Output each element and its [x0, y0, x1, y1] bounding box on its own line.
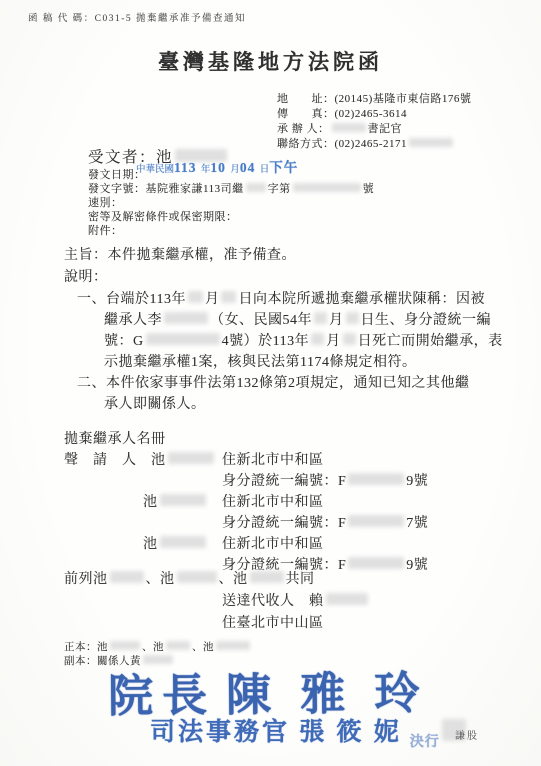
redaction: [348, 557, 404, 569]
text-segment: 9號: [406, 558, 428, 573]
applicant-id-row-1: 身分證統一編號：F9號: [222, 470, 428, 490]
text-segment: 日向本院所遞拋棄繼承權狀陳稱：因被: [238, 292, 485, 307]
explanation-item-1-line-3: 號：G4號）於113年月日死亡而開始繼承，表: [104, 330, 503, 350]
redaction: [160, 536, 206, 548]
text-segment: 10: [210, 160, 230, 175]
explanation-item-2-line-2: 承人即關係人。: [104, 393, 206, 413]
text-segment: 、池: [192, 642, 214, 653]
text-segment: 113: [174, 160, 201, 175]
text-segment: 繼承人李: [104, 313, 162, 328]
agent-address-line: 住臺北市中山區: [222, 612, 324, 632]
text-segment: 日死亡而開始繼承，表: [358, 334, 503, 349]
redaction: [110, 641, 140, 650]
text-segment: 示拋棄繼承權1案，核與民法第1174條規定相符。: [104, 355, 416, 370]
service-agent-line: 送達代收人 賴: [222, 590, 370, 610]
document-page: 函 稿 代 碼：C031-5 拋棄繼承准予備查通知 臺灣基隆地方法院函 地 址：…: [0, 0, 541, 766]
text-segment: 月: [205, 292, 220, 307]
text-segment: 日: [260, 165, 270, 175]
contact-line: 聯絡方式：(02)2465-2171: [277, 135, 455, 151]
redaction: [348, 473, 404, 485]
explanation-item-1-line-4: 示拋棄繼承權1案，核與民法第1174條規定相符。: [104, 351, 416, 371]
redaction: [293, 183, 361, 192]
text-segment: 承人即關係人。: [104, 397, 206, 412]
redaction: [188, 291, 203, 303]
text-segment: 號：G: [104, 334, 144, 349]
text-segment: 月: [230, 165, 240, 175]
text-segment: 4號）於113年: [222, 334, 309, 349]
date-stamp: 中華民國113 年10 月04 日下午: [136, 156, 298, 177]
text-segment: 月: [329, 313, 344, 328]
text-segment: 下午: [269, 160, 298, 175]
text-segment: 承 辦 人：: [277, 123, 330, 135]
text-segment: 身分證統一編號：F: [222, 516, 346, 531]
doc-number-line: 發文字號：基院雅家謙113司繼字第號: [88, 180, 374, 196]
text-segment: 池: [143, 537, 158, 552]
text-segment: 、池: [219, 572, 248, 587]
court-address: 地 址：(20145)基隆市東信路176號: [277, 90, 471, 106]
text-segment: 日生、身分證統一編: [361, 313, 492, 328]
applicant-address-3: 住新北市中和區: [222, 533, 324, 553]
redaction: [314, 312, 327, 324]
text-segment: 聯絡方式：(02)2465-2171: [277, 138, 407, 150]
original-copy-line: 正本：池、池、池: [64, 639, 252, 654]
court-fax: 傳 真：(02)2465-3614: [277, 105, 407, 121]
explanation-item-2-line-1: 二、本件依家事事件法第132條第2項規定，通知已知之其他繼: [77, 372, 470, 392]
text-segment: 中華民國: [136, 165, 174, 175]
redaction: [346, 312, 359, 324]
text-segment: 9號: [406, 474, 428, 489]
text-segment: 前列池: [64, 572, 108, 587]
applicant-address-2: 住新北市中和區: [222, 491, 324, 511]
text-segment: 送達代收人 賴: [222, 594, 324, 609]
text-segment: 月: [326, 334, 341, 349]
applicant-id-row-2: 身分證統一編號：F7號: [222, 512, 428, 532]
text-segment: 書記官: [368, 123, 403, 135]
redaction: [160, 494, 206, 506]
applicant-name-row-1: 聲 請 人 池: [64, 449, 216, 469]
text-segment: 身分證統一編號：F: [222, 474, 346, 489]
redaction: [332, 123, 366, 132]
redaction: [146, 333, 220, 345]
redaction: [168, 452, 214, 464]
redaction: [311, 333, 324, 345]
redaction: [110, 571, 144, 583]
document-title: 臺灣基隆地方法院函: [0, 46, 541, 76]
text-segment: 司法事務官 張 筱 妮: [150, 719, 402, 746]
redaction: [246, 183, 266, 192]
text-segment: 、池: [142, 642, 164, 653]
redaction: [216, 641, 250, 650]
text-segment: 池: [143, 495, 158, 510]
applicant-name-row-2: 池: [143, 491, 208, 511]
explanation-item-1-line-1: 一、台端於113年月日向本院所遞拋棄繼承權狀陳稱：因被: [77, 288, 485, 308]
roster-title: 拋棄繼承人名冊: [64, 428, 166, 448]
redaction: [221, 291, 236, 303]
text-segment: 正本：池: [64, 642, 108, 653]
text-segment: 、池: [146, 572, 175, 587]
text-segment: 二、本件依家事事件法第132條第2項規定，通知已知之其他繼: [77, 376, 470, 391]
applicant-name-row-3: 池: [143, 533, 208, 553]
text-segment: 一、台端於113年: [77, 292, 186, 307]
redaction: [250, 571, 284, 583]
case-officer-line: 承 辦 人：書記官: [277, 120, 402, 136]
text-segment: 決行: [410, 735, 440, 750]
text-segment: 號: [363, 183, 375, 195]
text-segment: 7號: [406, 516, 428, 531]
code-line: 函 稿 代 碼：C031-5 拋棄繼承准予備查通知: [28, 10, 246, 24]
text-segment: 字第: [268, 183, 291, 195]
division-label: 謙股: [455, 727, 479, 742]
redaction: [166, 641, 190, 650]
redaction: [348, 515, 404, 527]
explanation-item-1-line-2: 繼承人李（女、民國54年月日生、身分證統一編: [104, 309, 491, 329]
redaction: [343, 333, 356, 345]
text-segment: 共同: [286, 572, 315, 587]
redaction: [326, 593, 368, 605]
text-segment: 聲 請 人 池: [64, 453, 166, 468]
redaction: [409, 138, 453, 147]
attachment-line: 附件：: [88, 222, 123, 238]
judicial-officer-stamp: 司法事務官 張 筱 妮決行: [150, 712, 468, 751]
co-heirs-line: 前列池、池、池共同: [64, 568, 315, 588]
text-segment: （女、民國54年: [210, 313, 312, 328]
subject-line: 主旨：本件拋棄繼承權，准予備查。: [64, 244, 296, 264]
redaction: [164, 312, 208, 324]
text-segment: 04: [240, 160, 260, 175]
text-segment: 年: [201, 165, 211, 175]
redaction: [177, 571, 217, 583]
explanation-label: 說明：: [64, 266, 108, 286]
applicant-address-1: 住新北市中和區: [222, 449, 324, 469]
